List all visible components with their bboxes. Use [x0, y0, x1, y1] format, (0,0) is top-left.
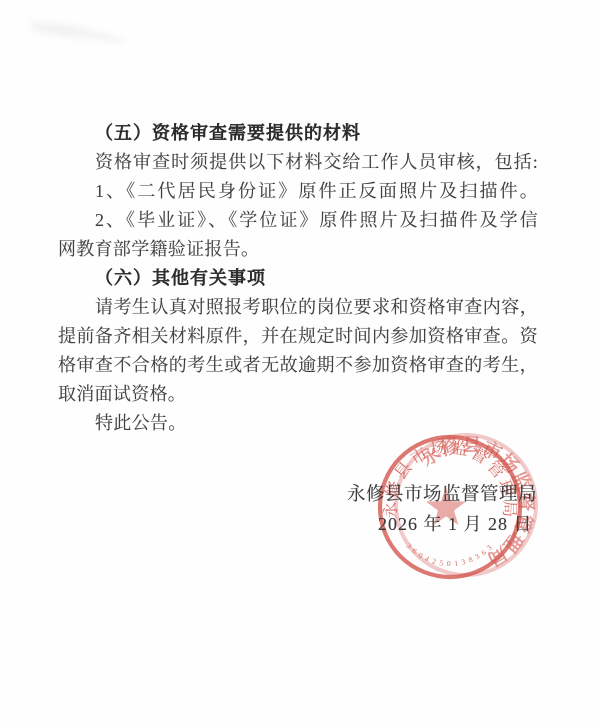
body-line: 网教育部学籍验证报告。: [58, 235, 538, 264]
signature-date: 2026 年 1 月 28 日: [378, 510, 533, 536]
body-line: 1、《二代居民身份证》原件正反面照片及扫描件。: [58, 177, 538, 206]
document-page: 永修县市场监督管理局 永修县市场监督管理局 3604250138363 （五）资…: [0, 0, 594, 728]
document-body: （五）资格审查需要提供的材料 资格审查时须提供以下材料交给工作人员审核，包括: …: [58, 119, 538, 438]
closing-line: 特此公告。: [58, 409, 538, 438]
section-heading-5: （五）资格审查需要提供的材料: [58, 119, 538, 148]
section-heading-6: （六）其他有关事项: [58, 264, 538, 293]
signature-agency: 永修县市场监督管理局: [347, 480, 537, 506]
body-line: 格审查不合格的考生或者无故逾期不参加资格审查的考生，: [58, 351, 538, 380]
body-line: 提前备齐相关材料原件，并在规定时间内参加资格审查。资: [58, 322, 538, 351]
body-line: 资格审查时须提供以下材料交给工作人员审核，包括:: [58, 148, 538, 177]
body-line: 2、《毕业证》、《学位证》原件照片及扫描件及学信: [58, 206, 538, 235]
body-line: 请考生认真对照报考职位的岗位要求和资格审查内容，: [58, 293, 538, 322]
body-line: 取消面试资格。: [58, 380, 538, 409]
